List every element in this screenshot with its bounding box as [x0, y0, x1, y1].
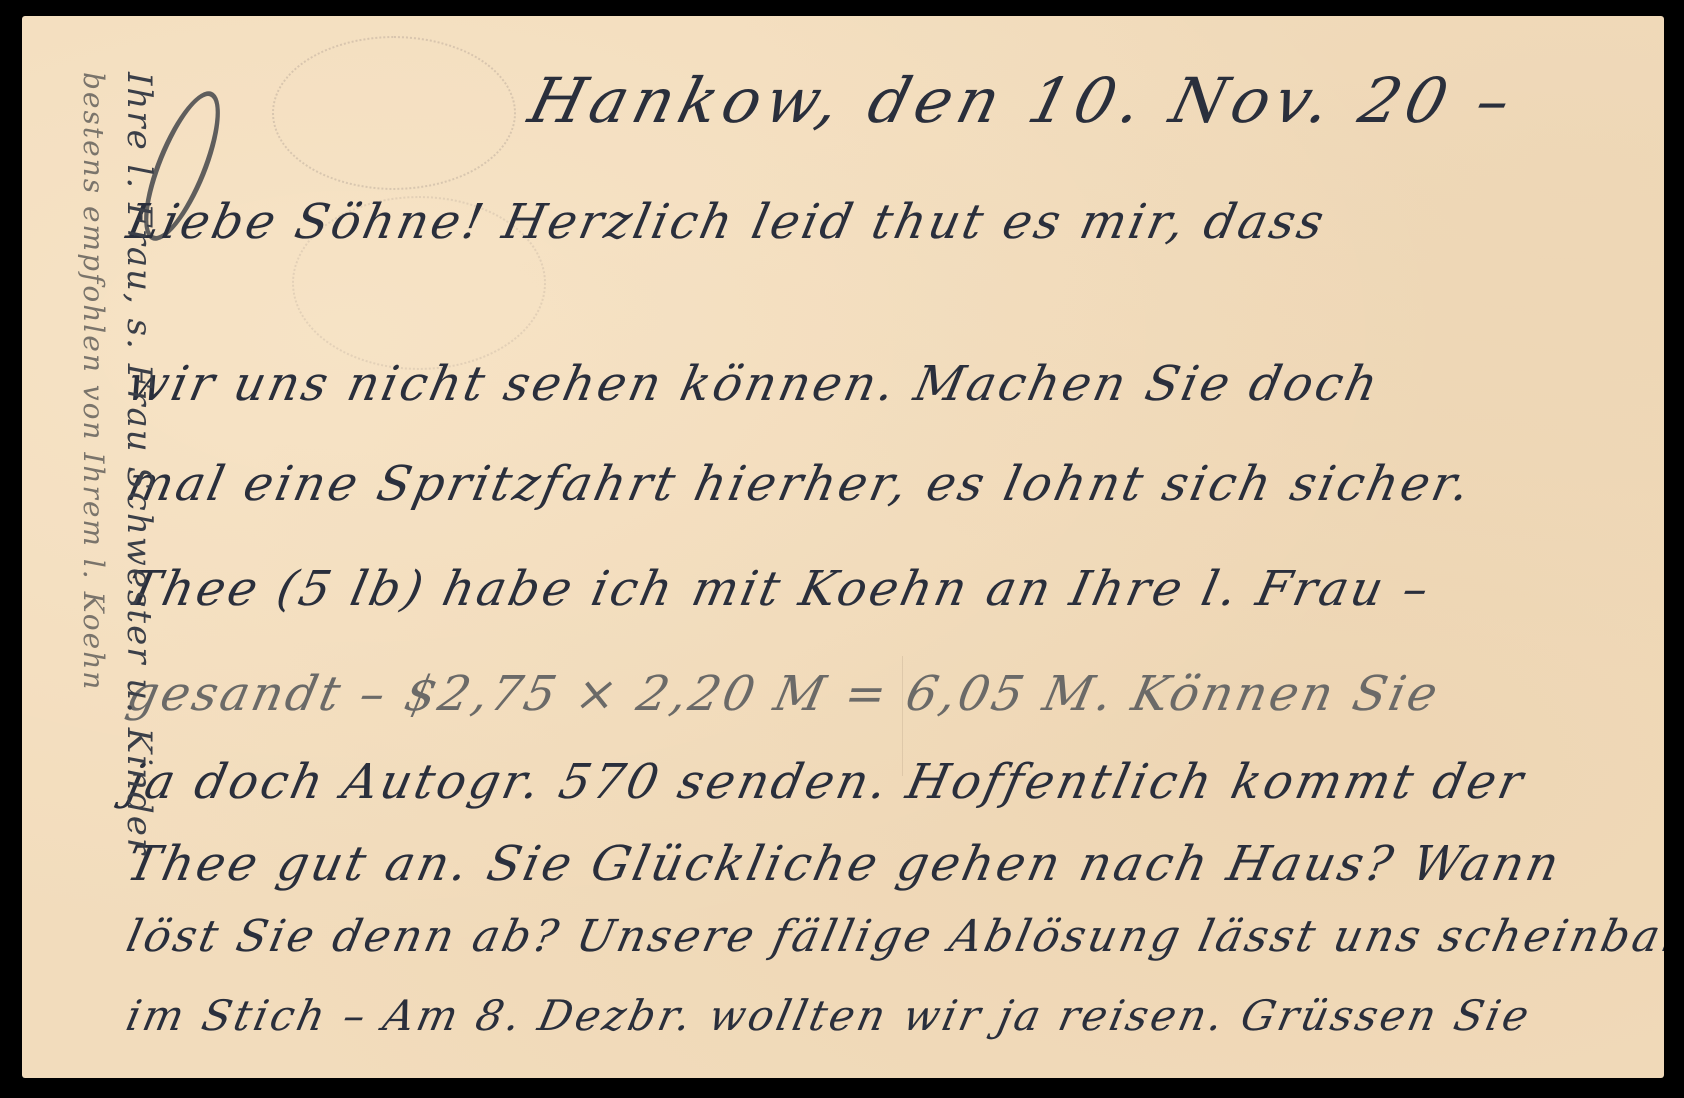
margin-line-1: Ihre l. Frau, s. Frau Schwester u. Kinde…	[116, 72, 162, 1012]
scan-background: Hankow, den 10. Nov. 20 – Liebe Söhne! H…	[0, 0, 1684, 1098]
margin-line-2: bestens empfohlen von Ihrem l. Koehn	[70, 72, 116, 1012]
body-line-8: löst Sie denn ab? Unsere fällige Ablösun…	[122, 911, 1664, 962]
body-line-5: gesandt – $2,75 × 2,20 M = 6,05 M. Könne…	[122, 666, 1445, 722]
body-line-2: wir uns nicht sehen können. Machen Sie d…	[122, 356, 1386, 412]
body-line-4: Thee (5 lb) habe ich mit Koehn an Ihre l…	[122, 561, 1436, 617]
body-line-9: im Stich – Am 8. Dezbr. wollten wir ja r…	[122, 991, 1536, 1040]
body-line-1: Liebe Söhne! Herzlich leid thut es mir, …	[122, 194, 1331, 250]
body-line-3: mal eine Spritzfahrt hierher, es lohnt s…	[122, 456, 1477, 512]
body-line-6: ja doch Autogr. 570 senden. Hoffentlich …	[122, 754, 1531, 810]
place-date-heading: Hankow, den 10. Nov. 20 –	[522, 64, 1524, 137]
postcard: Hankow, den 10. Nov. 20 – Liebe Söhne! H…	[22, 16, 1664, 1078]
body-line-7: Thee gut an. Sie Glückliche gehen nach H…	[122, 836, 1567, 892]
margin-note: Ihre l. Frau, s. Frau Schwester u. Kinde…	[70, 72, 162, 1012]
postmark-trace	[272, 36, 516, 190]
